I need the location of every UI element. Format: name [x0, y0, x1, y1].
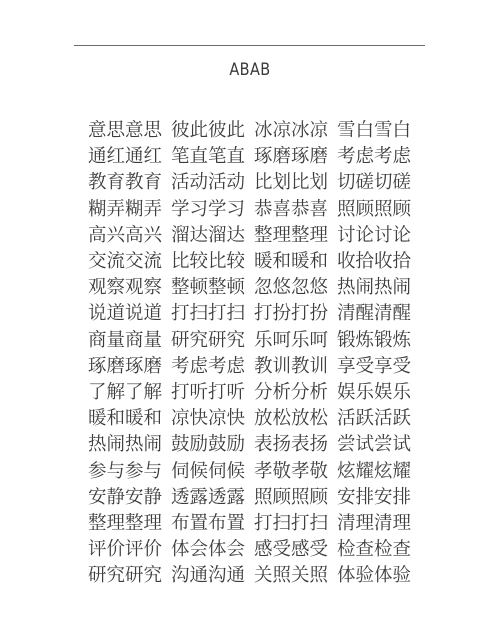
word-row: 热闹热闹鼓励鼓励表扬表扬尝试尝试: [88, 432, 428, 458]
word-cell: 教育教育: [88, 172, 171, 194]
word-cell: 学习学习: [171, 199, 254, 221]
word-cell: 交流交流: [88, 251, 171, 273]
word-cell: 通红通红: [88, 146, 171, 168]
word-cell: 比划比划: [254, 172, 337, 194]
word-cell: 琢磨琢磨: [254, 146, 337, 168]
word-cell: 评价评价: [88, 539, 171, 561]
word-cell: 讨论讨论: [337, 225, 420, 247]
word-cell: 切磋切磋: [337, 172, 420, 194]
word-cell: 凉快凉快: [171, 408, 254, 430]
word-row: 意思意思彼此彼此冰凉冰凉雪白雪白: [88, 118, 428, 144]
word-cell: 收拾收拾: [337, 251, 420, 273]
word-cell: 打听打听: [171, 382, 254, 404]
word-cell: 孝敬孝敬: [254, 461, 337, 483]
word-cell: 考虑考虑: [337, 146, 420, 168]
word-cell: 整顿整顿: [171, 277, 254, 299]
word-cell: 恭喜恭喜: [254, 199, 337, 221]
word-row: 整理整理布置布置打扫打扫清理清理: [88, 511, 428, 537]
word-cell: 娱乐娱乐: [337, 382, 420, 404]
word-row: 观察观察整顿整顿忽悠忽悠热闹热闹: [88, 275, 428, 301]
word-cell: 检查检查: [337, 539, 420, 561]
word-cell: 笔直笔直: [171, 146, 254, 168]
word-cell: 享受享受: [337, 356, 420, 378]
word-cell: 放松放松: [254, 408, 337, 430]
top-rule: [74, 45, 425, 46]
word-cell: 暖和暖和: [88, 408, 171, 430]
word-cell: 忽悠忽悠: [254, 277, 337, 299]
word-cell: 表扬表扬: [254, 434, 337, 456]
word-cell: 了解了解: [88, 382, 171, 404]
word-row: 了解了解打听打听分析分析娱乐娱乐: [88, 380, 428, 406]
word-grid: 意思意思彼此彼此冰凉冰凉雪白雪白通红通红笔直笔直琢磨琢磨考虑考虑教育教育活动活动…: [88, 118, 428, 589]
word-cell: 布置布置: [171, 513, 254, 535]
word-row: 通红通红笔直笔直琢磨琢磨考虑考虑: [88, 144, 428, 170]
word-cell: 琢磨琢磨: [88, 356, 171, 378]
word-row: 糊弄糊弄学习学习恭喜恭喜照顾照顾: [88, 197, 428, 223]
word-cell: 乐呵乐呵: [254, 330, 337, 352]
word-cell: 透露透露: [171, 487, 254, 509]
word-cell: 感受感受: [254, 539, 337, 561]
word-row: 教育教育活动活动比划比划切磋切磋: [88, 170, 428, 196]
word-cell: 尝试尝试: [337, 434, 420, 456]
word-cell: 教训教训: [254, 356, 337, 378]
word-cell: 炫耀炫耀: [337, 461, 420, 483]
word-cell: 意思意思: [88, 120, 171, 142]
word-cell: 暖和暖和: [254, 251, 337, 273]
word-row: 高兴高兴溜达溜达整理整理讨论讨论: [88, 223, 428, 249]
word-cell: 热闹热闹: [88, 434, 171, 456]
word-cell: 打扫打扫: [254, 513, 337, 535]
word-cell: 研究研究: [171, 330, 254, 352]
word-cell: 商量商量: [88, 330, 171, 352]
word-row: 说道说道打扫打扫打扮打扮清醒清醒: [88, 301, 428, 327]
word-cell: 考虑考虑: [171, 356, 254, 378]
word-row: 研究研究沟通沟通关照关照体验体验: [88, 563, 428, 589]
word-row: 参与参与伺候伺候孝敬孝敬炫耀炫耀: [88, 458, 428, 484]
word-cell: 分析分析: [254, 382, 337, 404]
word-cell: 整理整理: [88, 513, 171, 535]
word-cell: 冰凉冰凉: [254, 120, 337, 142]
word-cell: 锻炼锻炼: [337, 330, 420, 352]
word-cell: 鼓励鼓励: [171, 434, 254, 456]
page-title: ABAB: [38, 60, 463, 80]
word-cell: 雪白雪白: [337, 120, 420, 142]
word-cell: 体会体会: [171, 539, 254, 561]
word-cell: 照顾照顾: [337, 199, 420, 221]
word-cell: 溜达溜达: [171, 225, 254, 247]
word-cell: 观察观察: [88, 277, 171, 299]
word-cell: 说道说道: [88, 303, 171, 325]
word-row: 交流交流比较比较暖和暖和收拾收拾: [88, 249, 428, 275]
word-cell: 活跃活跃: [337, 408, 420, 430]
word-cell: 关照关照: [254, 565, 337, 587]
word-cell: 活动活动: [171, 172, 254, 194]
word-cell: 高兴高兴: [88, 225, 171, 247]
word-cell: 糊弄糊弄: [88, 199, 171, 221]
word-row: 琢磨琢磨考虑考虑教训教训享受享受: [88, 354, 428, 380]
word-row: 商量商量研究研究乐呵乐呵锻炼锻炼: [88, 328, 428, 354]
word-cell: 热闹热闹: [337, 277, 420, 299]
word-cell: 研究研究: [88, 565, 171, 587]
word-cell: 沟通沟通: [171, 565, 254, 587]
word-cell: 照顾照顾: [254, 487, 337, 509]
word-row: 安静安静透露透露照顾照顾安排安排: [88, 485, 428, 511]
word-cell: 清醒清醒: [337, 303, 420, 325]
word-cell: 清理清理: [337, 513, 420, 535]
word-cell: 彼此彼此: [171, 120, 254, 142]
word-cell: 整理整理: [254, 225, 337, 247]
word-cell: 打扮打扮: [254, 303, 337, 325]
word-cell: 打扫打扫: [171, 303, 254, 325]
word-row: 评价评价体会体会感受感受检查检查: [88, 537, 428, 563]
word-cell: 安排安排: [337, 487, 420, 509]
word-row: 暖和暖和凉快凉快放松放松活跃活跃: [88, 406, 428, 432]
word-cell: 伺候伺候: [171, 461, 254, 483]
word-cell: 体验体验: [337, 565, 420, 587]
word-cell: 比较比较: [171, 251, 254, 273]
word-cell: 参与参与: [88, 461, 171, 483]
word-cell: 安静安静: [88, 487, 171, 509]
